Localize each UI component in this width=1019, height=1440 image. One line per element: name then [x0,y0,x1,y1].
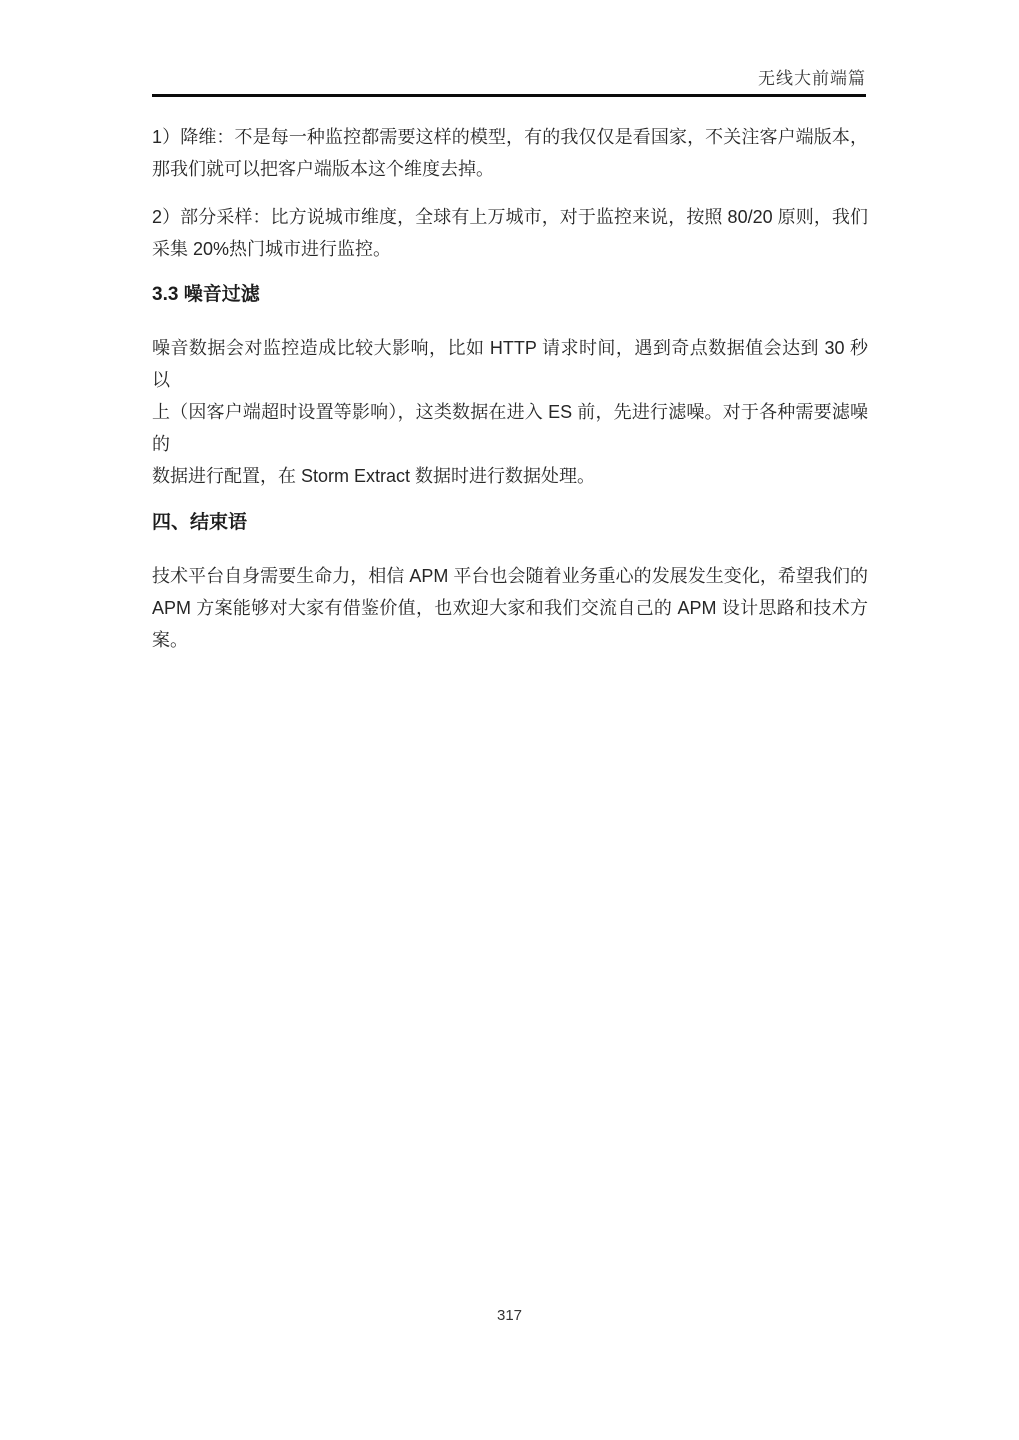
running-header-title: 无线大前端篇 [758,68,866,90]
page-content: 1）降维：不是每一种监控都需要这样的模型，有的我仅仅是看国家，不关注客户端版本，… [152,121,868,656]
paragraph-closing-remarks: 技术平台自身需要生命力，相信 APM 平台也会随着业务重心的发展发生变化，希望我… [152,560,868,656]
text-line: 2）部分采样：比方说城市维度，全球有上万城市，对于监控来说，按照 80/20 原… [152,201,868,233]
paragraph-noise-data: 噪音数据会对监控造成比较大影响，比如 HTTP 请求时间，遇到奇点数据值会达到 … [152,332,868,492]
text-line: 数据进行配置，在 Storm Extract 数据时进行数据处理。 [152,460,868,492]
text-line: 1）降维：不是每一种监控都需要这样的模型，有的我仅仅是看国家，不关注客户端版本， [152,121,868,153]
text-line: 案。 [152,624,868,656]
document-page: 无线大前端篇 1）降维：不是每一种监控都需要这样的模型，有的我仅仅是看国家，不关… [0,0,1019,1440]
text-line: 技术平台自身需要生命力，相信 APM 平台也会随着业务重心的发展发生变化，希望我… [152,560,868,592]
text-line: APM 方案能够对大家有借鉴价值，也欢迎大家和我们交流自己的 APM 设计思路和… [152,592,868,624]
text-line: 噪音数据会对监控造成比较大影响，比如 HTTP 请求时间，遇到奇点数据值会达到 … [152,332,868,396]
text-line: 采集 20%热门城市进行监控。 [152,233,868,265]
page-number: 317 [497,1307,522,1324]
header-rule-divider [152,94,866,97]
section-heading-noise-filter: 3.3 噪音过滤 [152,278,868,312]
section-heading-closing: 四、结束语 [152,506,868,540]
text-line: 那我们就可以把客户端版本这个维度去掉。 [152,153,868,185]
text-line: 上（因客户端超时设置等影响），这类数据在进入 ES 前，先进行滤噪。对于各种需要… [152,396,868,460]
page-footer: 317 [0,1306,1019,1326]
paragraph-partial-sampling: 2）部分采样：比方说城市维度，全球有上万城市，对于监控来说，按照 80/20 原… [152,201,868,265]
paragraph-dimension-reduction: 1）降维：不是每一种监控都需要这样的模型，有的我仅仅是看国家，不关注客户端版本，… [152,121,868,185]
